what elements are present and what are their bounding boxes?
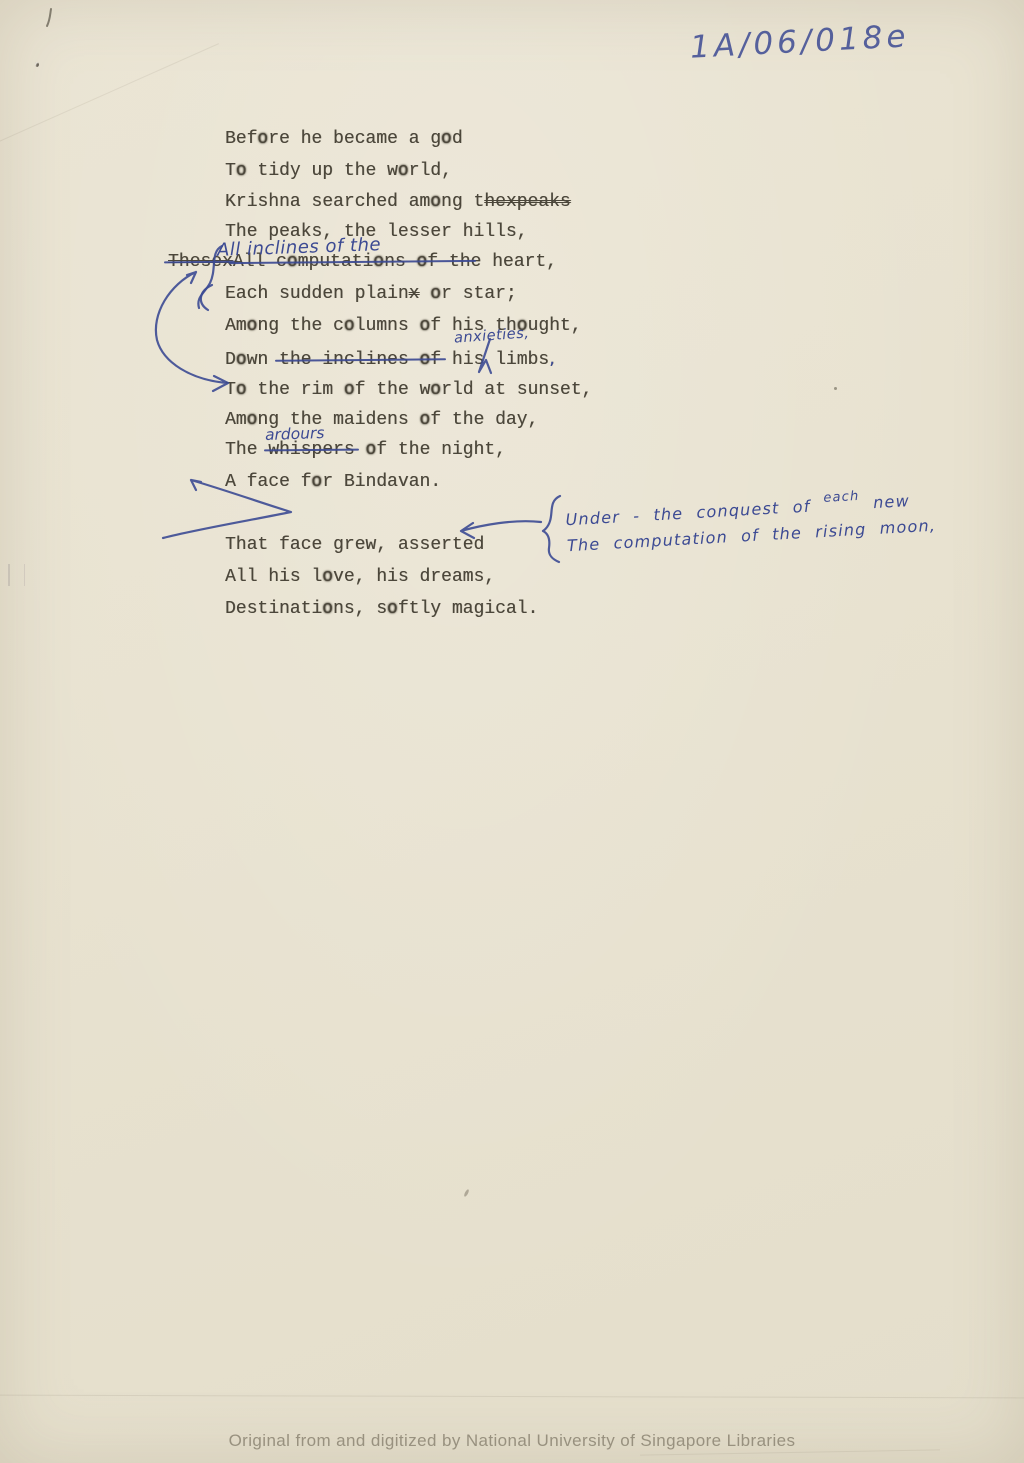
margin-note-insert: each: [823, 489, 860, 506]
poem-segment: A face for Bindavan.: [225, 472, 441, 492]
scanned-page: 1A/06/018e Before he became a godTo tidy…: [0, 0, 1024, 1463]
paper-speck: [463, 1189, 469, 1197]
margin-note: Under - the conquest of each new The com…: [565, 484, 1007, 558]
poem-segment: Before he became a god: [225, 129, 463, 149]
paper-speck: [35, 62, 39, 67]
poem-line: Each sudden plainx or star;: [225, 284, 517, 305]
poem-segment: hexpeaks: [484, 192, 570, 212]
poem-line: Before he became a god: [225, 129, 463, 150]
pencil-tick: [47, 9, 51, 26]
poem-segment: Destinations, softly magical.: [225, 599, 538, 619]
poem-segment: All his love, his dreams,: [225, 567, 495, 587]
pencil-smudge: [8, 564, 25, 586]
digitization-credit: Original from and digitized by National …: [0, 1431, 1024, 1451]
curved-move-arrow: [156, 272, 228, 391]
poem-line: That face grew, asserted: [225, 535, 484, 556]
poem-segment: Down: [225, 350, 279, 370]
poem-line: All his love, his dreams,: [225, 567, 495, 588]
insertion-ardours: ardours: [265, 424, 325, 444]
poem-line: Krishna searched among thexpeaks: [225, 192, 571, 213]
poem-line: Destinations, softly magical.: [225, 599, 538, 620]
archive-reference: 1A/06/018e: [689, 18, 910, 65]
paper-speck: [834, 387, 837, 390]
poem-segment: the inclines of: [279, 350, 441, 370]
poem-segment: The: [225, 440, 268, 460]
poem-line: A face for Bindavan.: [225, 472, 441, 493]
poem-line: Down the inclines of his limbs,: [225, 348, 555, 371]
ink-marks-overlay: [0, 0, 1024, 1463]
poem-segment: x: [409, 284, 420, 304]
poem-segment: To tidy up the world,: [225, 161, 452, 181]
poem-segment: ,: [549, 348, 555, 369]
margin-note-line1-end: new: [873, 491, 911, 512]
poem-line: To tidy up the world,: [225, 161, 452, 182]
paper-crease: [0, 1395, 1024, 1399]
poem-segment: To the rim of the world at sunset,: [225, 380, 592, 400]
poem-segment: e heart,: [471, 252, 557, 272]
poem-line: To the rim of the world at sunset,: [225, 380, 592, 401]
paper-crease: [0, 43, 219, 150]
paren-mark: [201, 285, 212, 310]
poem-segment: Krishna searched among t: [225, 192, 484, 212]
note-brace: [543, 496, 560, 562]
poem-segment: his limbs: [441, 350, 549, 370]
poem-segment: Each sudden plain: [225, 284, 409, 304]
poem-segment: or star;: [419, 284, 516, 304]
poem-segment: of the night,: [355, 440, 506, 460]
poem-segment: That face grew, asserted: [225, 535, 484, 555]
